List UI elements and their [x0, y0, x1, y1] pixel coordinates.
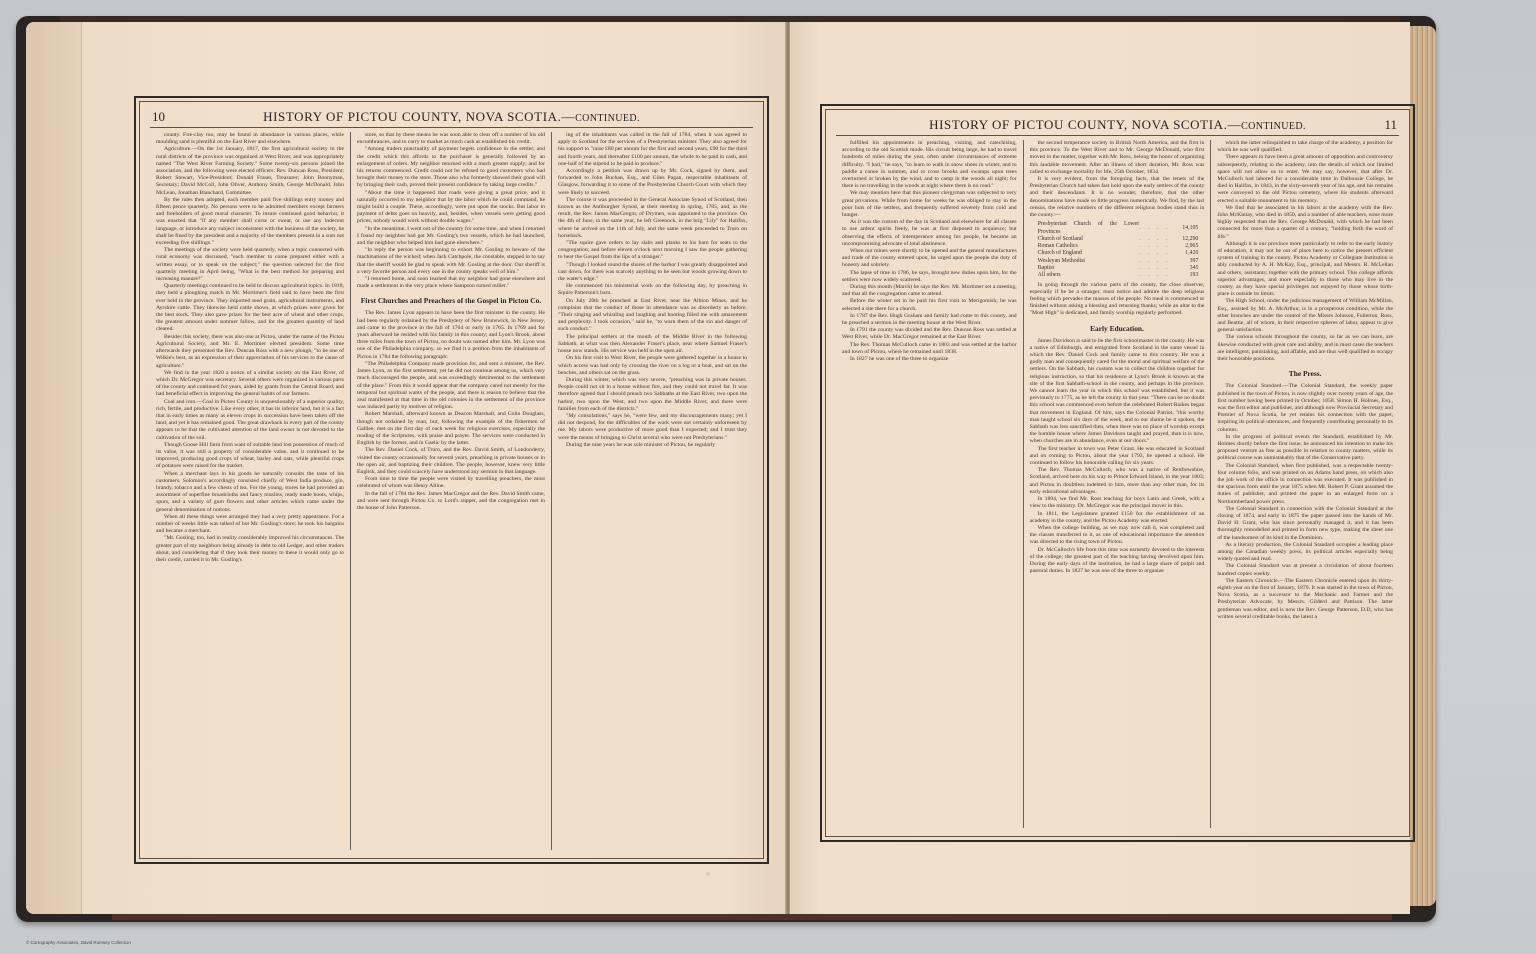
- denomination-name: Church of Scotland: [1038, 236, 1140, 243]
- paragraph: ing of the inhabitants was called in the…: [558, 132, 747, 168]
- denomination-count: 14,105: [1170, 221, 1198, 236]
- paragraph: There appears to have been a great amoun…: [1217, 154, 1393, 204]
- paragraph: The Colonial Standard.—The Colonial Stan…: [1217, 383, 1393, 433]
- denominations-table: Presbyterian Church of the Lower Provinc…: [1038, 221, 1199, 279]
- paragraph: On his first visit to West River, the pe…: [558, 355, 747, 377]
- text-column-3: which the latter relinquished to take ch…: [1211, 140, 1399, 828]
- paragraph: We find in the year 1820 a notice of a s…: [156, 370, 344, 399]
- paragraph: "In reply the person was beginning to ex…: [357, 247, 545, 276]
- paragraph: As it was the custom of the day in Scotl…: [842, 219, 1017, 248]
- section-heading: First Churches and Preachers of the Gosp…: [357, 296, 545, 306]
- text-column-3: ing of the inhabitants was called in the…: [552, 132, 753, 850]
- paragraph: The Rev. Thomas McCulloch came in 1803 a…: [842, 342, 1017, 356]
- denomination-count: 1,420: [1170, 250, 1198, 257]
- table-row: Baptist. . . .345: [1038, 265, 1199, 272]
- paragraph: When our mines were shortly to be opened…: [842, 248, 1017, 270]
- paragraph: The Colonial Standard was at present a c…: [1217, 563, 1393, 577]
- table-row: Presbyterian Church of the Lower Provinc…: [1038, 221, 1199, 236]
- paragraph: He commenced his ministerial work on the…: [558, 283, 747, 297]
- left-endpaper: [26, 22, 82, 914]
- paragraph: store, so that by these means he was soo…: [357, 132, 545, 146]
- paragraph: "Among traders punctuality of payment be…: [357, 146, 545, 189]
- leader-dots: . . . .: [1139, 221, 1170, 236]
- paragraph: "The Philadelphia Company made provision…: [357, 361, 545, 411]
- paragraph: In 1804, we find Mr. Ross teaching for b…: [1030, 496, 1205, 510]
- paragraph: Coal and iron.—Coal in Pictou County is …: [156, 399, 344, 442]
- paragraph: The Colonial Standard in connection with…: [1217, 506, 1393, 542]
- running-head: History of Pictou County, Nova Scotia.—C…: [836, 114, 1399, 136]
- paragraph: "Though I looked round the shores of the…: [558, 262, 747, 284]
- foxing-spot: [706, 872, 710, 876]
- paragraph: During the nine years he was sole minist…: [558, 442, 747, 449]
- paragraph: Though Goose Hill farm from want of suit…: [156, 442, 344, 471]
- paragraph: When all these things were arranged they…: [156, 514, 344, 536]
- running-title: History of Pictou County, Nova Scotia.—C…: [929, 117, 1306, 133]
- paragraph: "Mr. Gosling, too, had in reality consid…: [156, 535, 344, 564]
- leader-dots: . . . .: [1139, 243, 1170, 250]
- denomination-count: 12,290: [1170, 236, 1198, 243]
- paragraph: The Colonial Standard, when first publis…: [1217, 463, 1393, 506]
- denomination-count: 345: [1170, 265, 1198, 272]
- text-columns: county. Fire-clay too, may be found in a…: [150, 132, 753, 850]
- paragraph: The meetings of the society were held qu…: [156, 247, 344, 283]
- paragraph: "The squire gave orders to lay slabs and…: [558, 240, 747, 262]
- text-column-1: fulfilled his appointments in preaching,…: [836, 140, 1024, 828]
- leader-dots: . . . .: [1139, 265, 1170, 272]
- leader-dots: . . . .: [1139, 250, 1170, 257]
- paragraph: During this month (March) he says the Re…: [842, 284, 1017, 298]
- paragraph: On July 20th he preached at East River, …: [558, 298, 747, 334]
- paragraph: which the latter relinquished to take ch…: [1217, 140, 1393, 154]
- paragraph: By the rules then adopted, each member p…: [156, 197, 344, 247]
- paragraph: Although it is our province more particu…: [1217, 241, 1393, 299]
- paragraph: In going through the various parts of th…: [1030, 282, 1205, 318]
- paragraph: the second temperance society in British…: [1030, 140, 1205, 176]
- paragraph: The course it was proceeded in the Gener…: [558, 197, 747, 240]
- right-text-frame: History of Pictou County, Nova Scotia.—C…: [820, 104, 1415, 842]
- leader-dots: . . . .: [1139, 258, 1170, 265]
- denomination-count: 397: [1170, 258, 1198, 265]
- paragraph: "My consolations," says he, "were few, a…: [558, 413, 747, 442]
- paragraph: In 1827 he was one of the three to organ…: [842, 356, 1017, 363]
- paragraph: In the fall of 1784 the Rev. James MacGr…: [357, 491, 545, 513]
- denomination-name: Baptist: [1038, 265, 1140, 272]
- paragraph: "I returned home, and soon learned that …: [357, 276, 545, 290]
- paragraph: We find that he associated in his labors…: [1217, 205, 1393, 241]
- running-title: History of Pictou County, Nova Scotia.—C…: [263, 109, 640, 125]
- paragraph: fulfilled his appointments in preaching,…: [842, 140, 1017, 190]
- paragraph: Accordingly a petition was drawn up by M…: [558, 168, 747, 197]
- paragraph: The various schools throughout the count…: [1217, 334, 1393, 363]
- denomination-count: 193: [1170, 272, 1198, 279]
- paragraph: Agriculture.—On the 1st January, 1817, t…: [156, 146, 344, 196]
- paragraph: The first teacher in town was Peter Gran…: [1030, 446, 1205, 468]
- table-row: Wesleyan Methodist. . . .397: [1038, 258, 1199, 265]
- section-heading: Early Education.: [1030, 324, 1205, 334]
- left-text-frame: 10 History of Pictou County, Nova Scotia…: [134, 96, 769, 864]
- running-head: 10 History of Pictou County, Nova Scotia…: [150, 106, 753, 128]
- paragraph: The High School, under the judicious man…: [1217, 298, 1393, 334]
- denomination-name: Church of England: [1038, 250, 1140, 257]
- table-row: Church of England. . . .1,420: [1038, 250, 1199, 257]
- denomination-name: Wesleyan Methodist: [1038, 258, 1140, 265]
- table-row: All others. . . .193: [1038, 272, 1199, 279]
- paragraph: As a literary production, the Colonial S…: [1217, 542, 1393, 564]
- paragraph: "In the meantime, I went out of the coun…: [357, 226, 545, 248]
- text-column-1: county. Fire-clay too, may be found in a…: [150, 132, 351, 850]
- paragraph: When the college building, as we may now…: [1030, 525, 1205, 547]
- table-row: Church of Scotland. . . .12,290: [1038, 236, 1199, 243]
- paragraph: county. Fire-clay too, may be found in a…: [156, 132, 344, 146]
- denomination-count: 2,965: [1170, 243, 1198, 250]
- paragraph: The principal settlers at the mouth of t…: [558, 334, 747, 356]
- paragraph: Dr. McCulloch's life from this time was …: [1030, 547, 1205, 576]
- paragraph: The lapse of time in 1786, he says, brou…: [842, 270, 1017, 284]
- paragraph: The Eastern Chronicle.—The Eastern Chron…: [1217, 578, 1393, 621]
- text-columns: fulfilled his appointments in preaching,…: [836, 140, 1399, 828]
- paragraph: In 1787 the Rev. Hugh Graham and family …: [842, 313, 1017, 327]
- paragraph: The Rev. James Lyon appears to have been…: [357, 310, 545, 360]
- scan-credit: © Cartography Associates, David Rumsey C…: [26, 940, 131, 945]
- page-number: 11: [1384, 117, 1397, 133]
- paragraph: Robert Marshall, afterward known as Deac…: [357, 411, 545, 447]
- paragraph: It is very evident, from the foregoing f…: [1030, 176, 1205, 219]
- paragraph: "About the time it happened that roads w…: [357, 190, 545, 226]
- denomination-name: Presbyterian Church of the Lower Provinc…: [1038, 221, 1140, 236]
- leader-dots: . . . .: [1139, 272, 1170, 279]
- paragraph: In 1791 the county was divided and the R…: [842, 327, 1017, 341]
- paragraph: James Davidson is said to be the first s…: [1030, 338, 1205, 446]
- paragraph: We may mention here that this pioneer cl…: [842, 190, 1017, 219]
- paragraph: Before the winter set in he paid his fir…: [842, 298, 1017, 312]
- paragraph: Quarterly meetings continued to be held …: [156, 283, 344, 333]
- paragraph: Besides this society, there was also one…: [156, 334, 344, 370]
- paragraph: The Rev. Thomas McCulloch, who was a nat…: [1030, 467, 1205, 496]
- paragraph: From time to time the people were visite…: [357, 476, 545, 490]
- text-column-2: store, so that by these means he was soo…: [351, 132, 552, 850]
- leader-dots: . . . .: [1139, 236, 1170, 243]
- section-heading: The Press.: [1217, 369, 1393, 379]
- paragraph: During this winter, which was very sever…: [558, 377, 747, 413]
- paragraph: When a merchant lays in his goods he nat…: [156, 471, 344, 514]
- page-number: 10: [152, 109, 165, 125]
- paragraph: In the progress of political events the …: [1217, 434, 1393, 463]
- paragraph: The Rev. Daniel Cock, of Truro, and the …: [357, 447, 545, 476]
- text-column-2: the second temperance society in British…: [1024, 140, 1212, 828]
- denomination-name: All others: [1038, 272, 1140, 279]
- paragraph: In 1811, the Legislature granted £150 fo…: [1030, 511, 1205, 525]
